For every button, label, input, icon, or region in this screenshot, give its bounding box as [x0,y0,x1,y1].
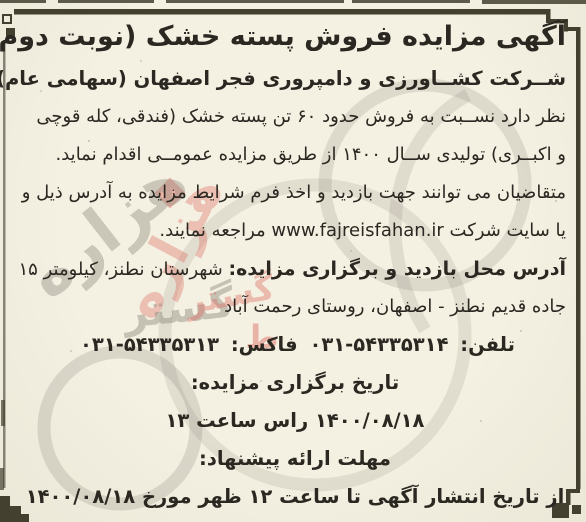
ad-contact-line: تلفن: ۵۴۳۳۵۳۱۴-۰۳۱ فاکس: ۵۴۳۳۵۳۱۳-۰۳۱ [24,326,566,364]
phone-label: تلفن: [460,333,515,356]
address-value: شهرستان نطنز، کیلومتر ۱۵ [19,259,223,280]
address-label: آدرس محل بازدید و برگزاری مزایده: [229,258,567,280]
ad-body-line: و اکبــری) تولیدی ســال ۱۴۰۰ از طریق مزا… [24,136,566,174]
auction-date-value: ۱۴۰۰/۰۸/۱۸ راس ساعت ۱۳ [24,402,566,440]
deadline-heading: مهلت ارائه پیشنهاد: [24,440,566,478]
frame-left-edge-artifact [0,400,5,490]
ad-body-line: شــرکت کشــاورزی و دامپروری فجر اصفهان (… [24,60,566,98]
phone-number: ۵۴۳۳۵۳۱۴-۰۳۱ [309,333,448,356]
fax-label: فاکس: [231,333,298,356]
newspaper-ad-scan: هزاره هزاره گستر گستر ط آگهی مزایده فروش… [0,0,586,522]
ad-website-line: یا سایت شرکت www.fajreisfahan.ir مراجعه … [24,212,566,250]
deadline-value: از تاریخ انتشار آگهی تا ساعت ۱۲ ظهر مورخ… [24,478,566,516]
frame-top-edge-artifact [0,0,586,4]
frame-right-border [576,27,581,489]
frame-left-border [3,40,6,488]
fax-number: ۵۴۳۳۵۳۱۳-۰۳۱ [80,333,219,356]
ad-body-line: نظر دارد نســبت به فروش حدود ۶۰ تن پسته … [24,98,566,136]
ad-body-line: متقاضیان می توانند جهت بازدید و اخذ فرم … [24,174,566,212]
auction-date-heading: تاریخ برگزاری مزایده: [24,364,566,402]
ad-content: آگهی مزایده فروش پسته خشک (نوبت دوم) شــ… [24,14,566,516]
ad-address-line: آدرس محل بازدید و برگزاری مزایده: شهرستا… [24,250,566,288]
ad-title: آگهی مزایده فروش پسته خشک (نوبت دوم) [24,14,566,60]
ad-address-line2: جاده قدیم نطنز - اصفهان، روستای رحمت آبا… [24,288,566,326]
